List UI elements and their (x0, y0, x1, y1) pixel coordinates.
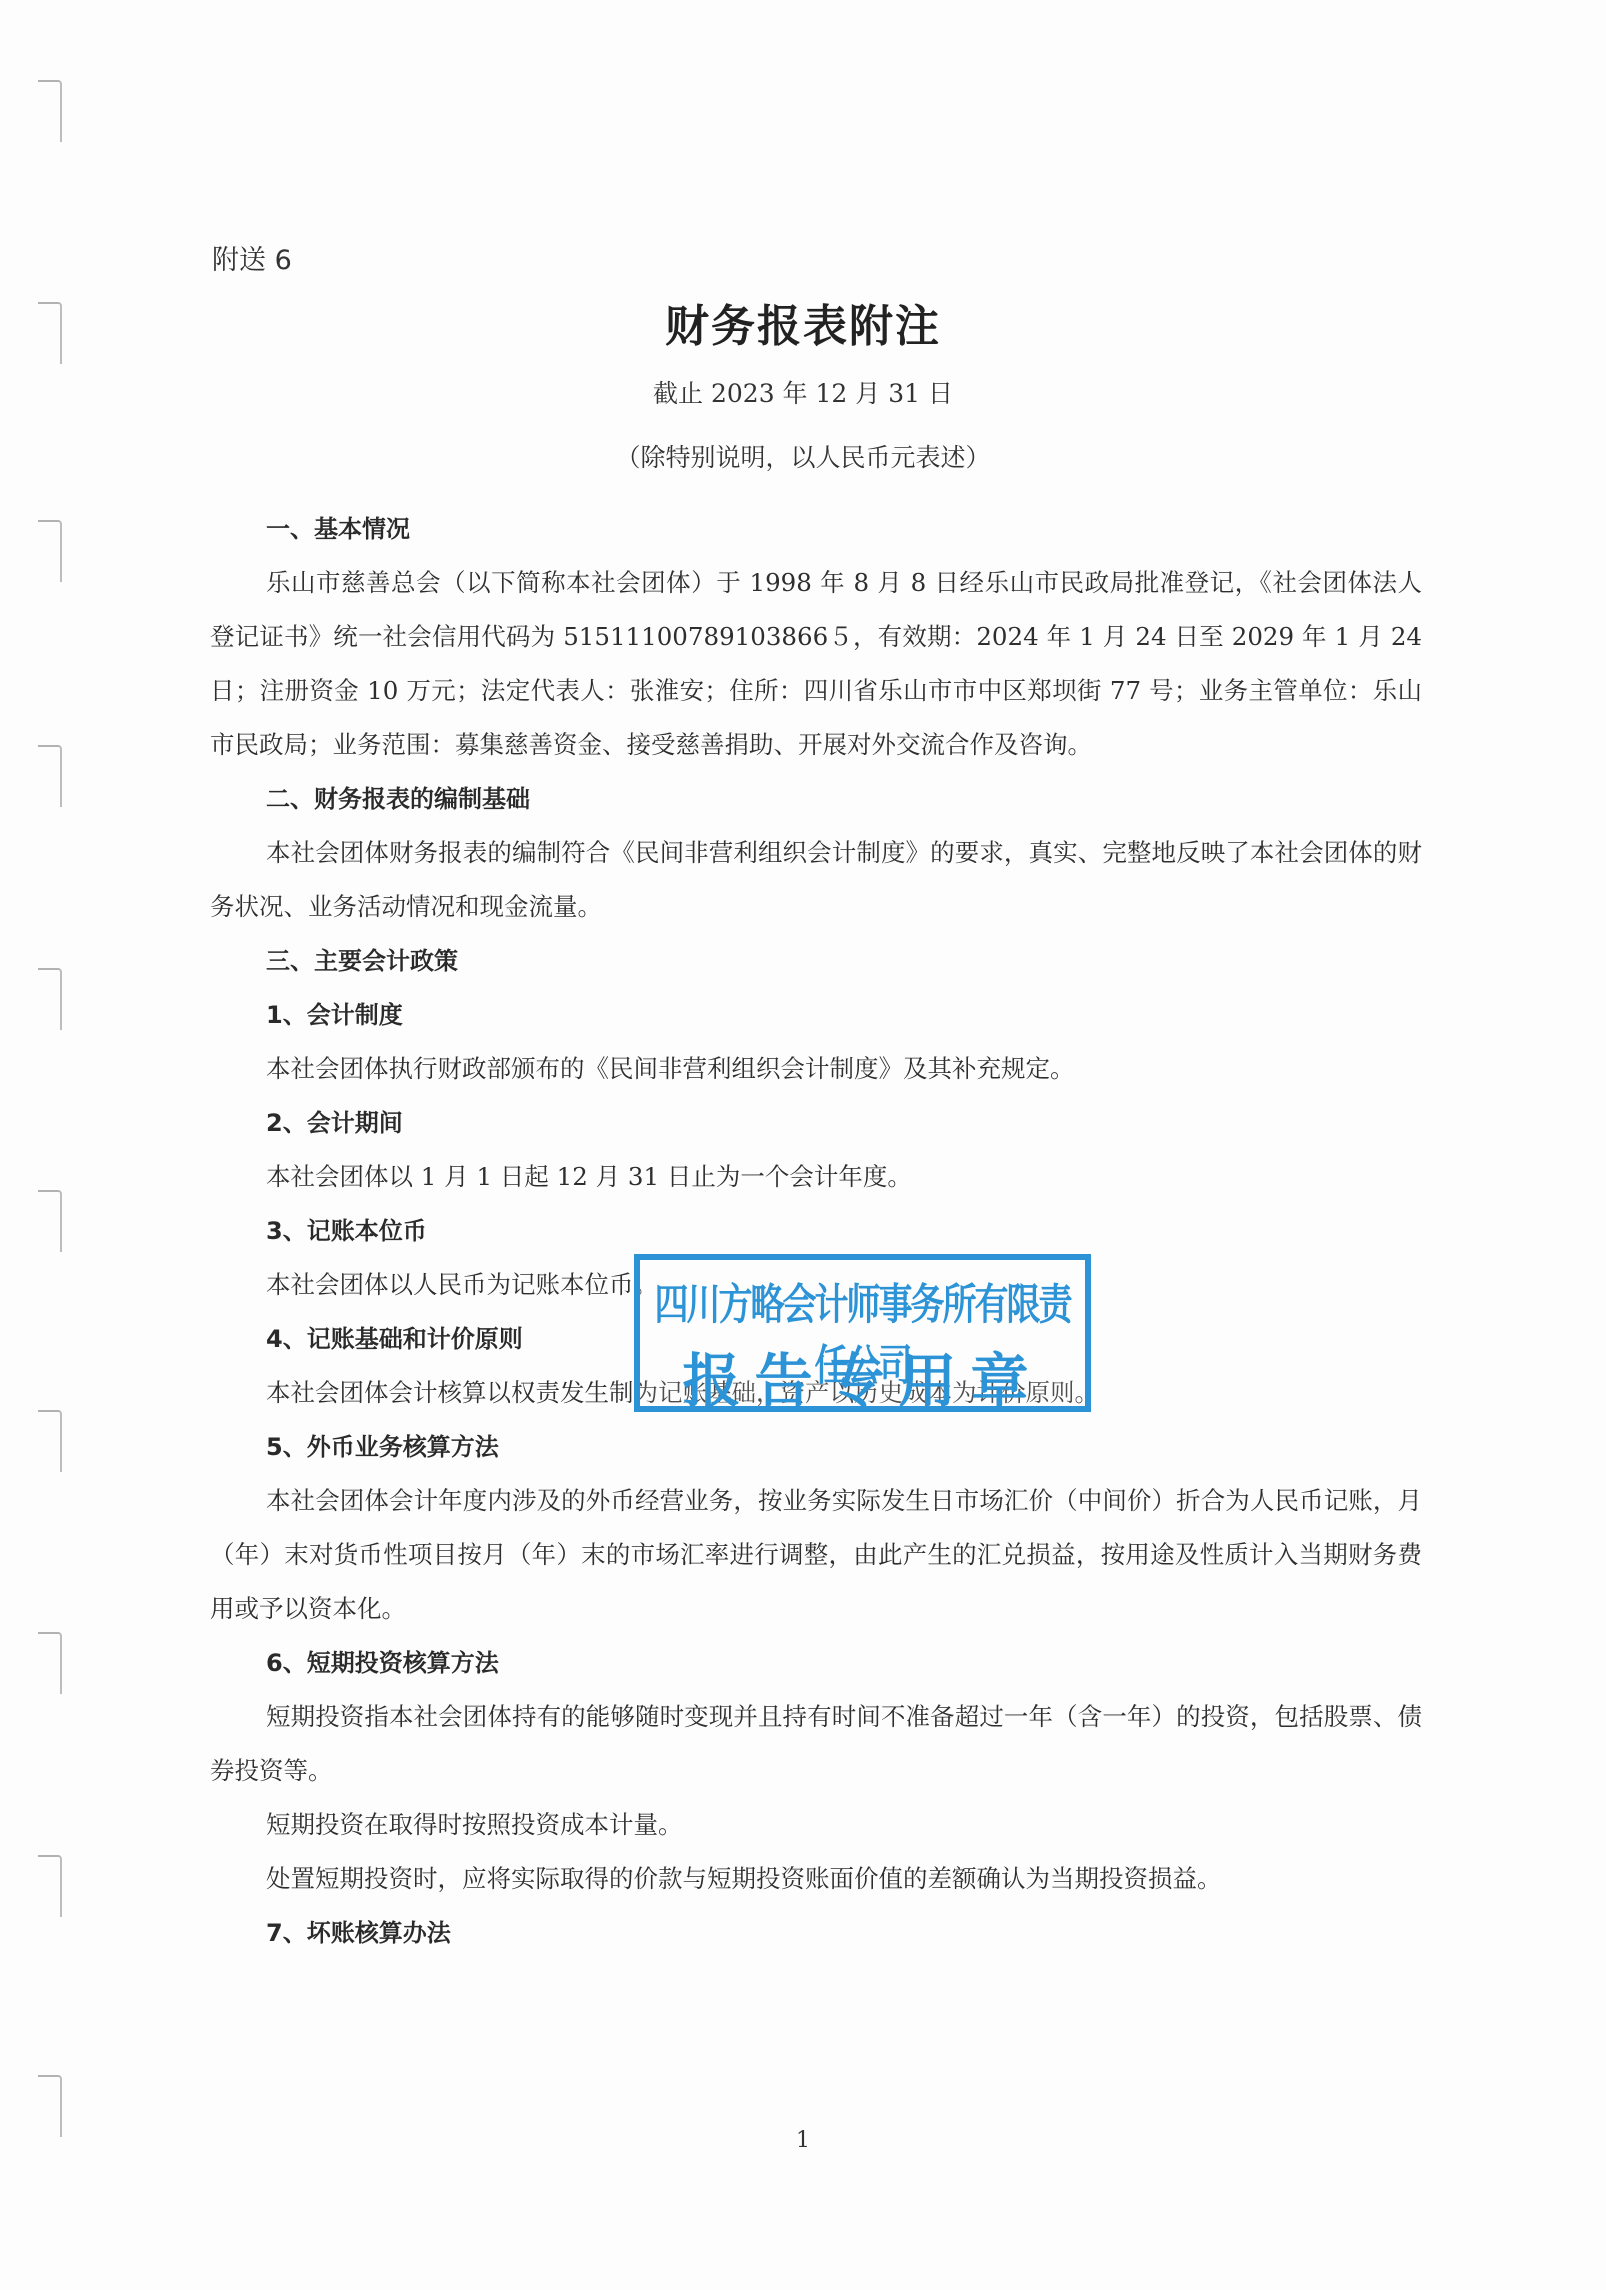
binding-mark (38, 1190, 62, 1252)
binding-mark (38, 520, 62, 582)
policy-heading-accounting-period: 2、会计期间 (210, 1096, 1422, 1150)
policy-body-short-term-investment-3: 处置短期投资时，应将实际取得的价款与短期投资账面价值的差额确认为当期投资损益。 (210, 1852, 1422, 1906)
section-heading-preparation-basis: 二、财务报表的编制基础 (210, 772, 1422, 826)
section-heading-basic-info: 一、基本情况 (210, 502, 1422, 556)
policy-body-accounting-system: 本社会团体执行财政部颁布的《民间非营利组织会计制度》及其补充规定。 (210, 1042, 1422, 1096)
report-seal-stamp: 四川方略会计师事务所有限责任公司 报告专用章 (634, 1254, 1091, 1412)
binding-mark (38, 745, 62, 807)
as-of-date: 截止 2023 年 12 月 31 日 (0, 374, 1606, 410)
stamp-purpose: 报告专用章 (640, 1334, 1085, 1418)
policy-heading-short-term-investment: 6、短期投资核算方法 (210, 1636, 1422, 1690)
policy-heading-functional-currency: 3、记账本位币 (210, 1204, 1422, 1258)
section-body-basic-info: 乐山市慈善总会（以下简称本社会团体）于 1998 年 8 月 8 日经乐山市民政… (210, 556, 1422, 772)
policy-heading-foreign-currency: 5、外币业务核算方法 (210, 1420, 1422, 1474)
policy-heading-bad-debt: 7、坏账核算办法 (210, 1906, 1422, 1960)
attachment-label: 附送 6 (212, 238, 292, 277)
page-number: 1 (0, 2128, 1606, 2153)
binding-mark (38, 1632, 62, 1694)
binding-mark (38, 1855, 62, 1917)
binding-mark (38, 80, 62, 142)
document-title: 财务报表附注 (0, 290, 1606, 354)
binding-mark (38, 1410, 62, 1472)
policy-body-short-term-investment-1: 短期投资指本社会团体持有的能够随时变现并且持有时间不准备超过一年（含一年）的投资… (210, 1690, 1422, 1798)
binding-mark (38, 968, 62, 1030)
document-body: 一、基本情况 乐山市慈善总会（以下简称本社会团体）于 1998 年 8 月 8 … (210, 502, 1422, 1960)
policy-body-foreign-currency: 本社会团体会计年度内涉及的外币经营业务，按业务实际发生日市场汇价（中间价）折合为… (210, 1474, 1422, 1636)
policy-heading-accounting-system: 1、会计制度 (210, 988, 1422, 1042)
section-heading-accounting-policies: 三、主要会计政策 (210, 934, 1422, 988)
section-body-preparation-basis: 本社会团体财务报表的编制符合《民间非营利组织会计制度》的要求，真实、完整地反映了… (210, 826, 1422, 934)
currency-note: （除特别说明，以人民币元表述） (0, 438, 1606, 474)
policy-body-short-term-investment-2: 短期投资在取得时按照投资成本计量。 (210, 1798, 1422, 1852)
policy-body-accounting-period: 本社会团体以 1 月 1 日起 12 月 31 日止为一个会计年度。 (210, 1150, 1422, 1204)
document-page: 附送 6 财务报表附注 截止 2023 年 12 月 31 日 （除特别说明，以… (0, 0, 1606, 2290)
